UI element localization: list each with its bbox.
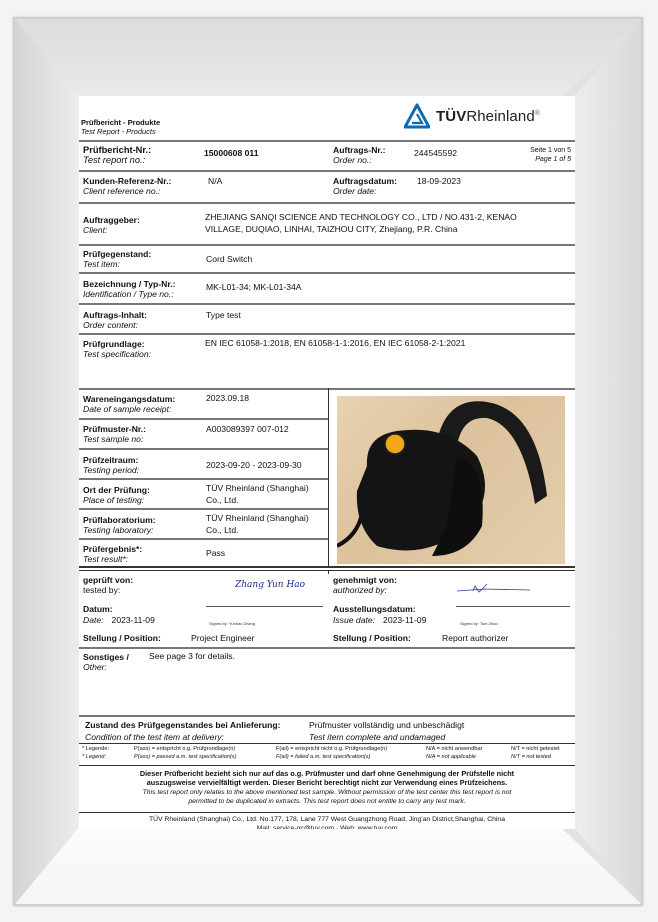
- auth-position-value: Report authorizer: [442, 633, 508, 645]
- authorized-signature-line: [456, 606, 570, 607]
- frame-bevel-right: [575, 19, 641, 904]
- identification-value: MK-L01-34; MK-L01-34A: [206, 282, 302, 294]
- condition-label: Zustand des Prüfgegenstandes bei Anliefe…: [85, 720, 280, 743]
- legend-row: * Legende:* Legend: P(ass) = entspricht …: [79, 743, 575, 765]
- testing-period-row: Prüfzeitraum:Testing period: 2023-09-20 …: [79, 448, 328, 478]
- client-value: ZHEJIANG SANQI SCIENCE AND TECHNOLOGY CO…: [205, 212, 517, 235]
- report-no-value: 15000608 011: [204, 148, 259, 160]
- sig-divider-stub: [328, 570, 329, 574]
- date-label: Datum:: [83, 604, 113, 614]
- test-spec-label: Prüfgrundlage:Test specification:: [83, 339, 151, 359]
- lab-value: TÜV Rheinland (Shanghai)Co., Ltd.: [206, 513, 309, 536]
- test-item-label: Prüfgegenstand:Test item:: [83, 249, 151, 269]
- tested-signed-by: Signed by: Yunhao Zhang: [209, 621, 255, 626]
- test-specification-row: Prüfgrundlage:Test specification: EN IEC…: [79, 333, 575, 388]
- place-value: TÜV Rheinland (Shanghai)Co., Ltd.: [206, 483, 309, 506]
- product-photo: [337, 396, 565, 564]
- test-item-value: Cord Switch: [206, 254, 252, 266]
- tested-signature-line: [206, 606, 323, 607]
- tested-position-label: Stellung / Position:: [83, 633, 161, 645]
- place-of-testing-row: Ort der Prüfung:Place of testing: TÜV Rh…: [79, 478, 328, 508]
- date-value: Date:2023-11-09: [83, 615, 155, 627]
- report-number-row: Prüfbericht-Nr.:Test report no.: 1500060…: [79, 140, 575, 170]
- result-label: Prüfergebnis*:Test result*:: [83, 544, 142, 564]
- order-no-label: Auftrags-Nr.:Order no.:: [333, 145, 386, 165]
- other-row: Sonstiges /Other: See page 3 for details…: [79, 647, 575, 715]
- test-spec-value: EN IEC 61058-1:2018, EN 61058-1-1:2016, …: [205, 338, 465, 350]
- auth-position-label: Stellung / Position:: [333, 633, 411, 645]
- client-label: Auftraggeber:Client:: [83, 215, 140, 235]
- authorized-by-label: genehmigt von:authorized by:: [333, 575, 397, 595]
- testing-period-value: 2023-09-20 - 2023-09-30: [206, 460, 302, 472]
- document-type: Prüfbericht - Produkte Test Report - Pro…: [81, 118, 160, 136]
- condition-value: Prüfmuster vollständig und unbeschädigtT…: [309, 720, 464, 743]
- test-item-row: Prüfgegenstand:Test item: Cord Switch: [79, 244, 575, 272]
- testing-lab-row: Prüflaboratorium:Testing laboratory: TÜV…: [79, 508, 328, 538]
- issue-date-value: Issue date:2023-11-09: [333, 615, 426, 627]
- page-number: Seite 1 von 5Page 1 of 5: [530, 146, 571, 164]
- order-no-value: 244545592: [414, 148, 457, 160]
- client-ref-value: N/A: [208, 176, 222, 188]
- brand-bold: TÜV: [436, 108, 466, 125]
- legend-label: * Legende:* Legend:: [82, 745, 109, 761]
- order-content-value: Type test: [206, 310, 241, 322]
- place-label: Ort der Prüfung:Place of testing:: [83, 485, 150, 505]
- doc-type-en: Test Report - Products: [81, 127, 156, 136]
- registered-mark: ®: [535, 110, 540, 117]
- receipt-value: 2023.09.18: [206, 393, 249, 405]
- tested-by-label: geprüft von:tested by:: [83, 575, 133, 595]
- report-header: Prüfbericht - Produkte Test Report - Pro…: [79, 96, 575, 140]
- sample-divider: [328, 388, 329, 568]
- frame-bevel-bottom: [15, 829, 641, 904]
- test-result-row: Prüfergebnis*:Test result*: Pass: [79, 538, 328, 568]
- receipt-label: Wareneingangsdatum:Date of sample receip…: [83, 394, 175, 414]
- client-reference-row: Kunden-Referenz-Nr.:Client reference no.…: [79, 170, 575, 202]
- footer-address: TÜV Rheinland (Shanghai) Co., Ltd. No.17…: [79, 815, 575, 829]
- authorized-signed-by: Signed by: Tom Zhao: [460, 621, 498, 626]
- frame-bevel-left: [15, 19, 79, 904]
- order-content-label: Auftrags-Inhalt:Order content:: [83, 310, 147, 330]
- receipt-row: Wareneingangsdatum:Date of sample receip…: [79, 388, 328, 418]
- brand-name: TÜVRheinland®: [436, 108, 540, 125]
- legend-na: N/A = nicht anwendbarN/A = not applicabl…: [426, 745, 482, 761]
- tested-position-value: Project Engineer: [191, 633, 255, 645]
- testing-period-label: Prüfzeitraum:Testing period:: [83, 455, 139, 475]
- lab-label: Prüflaboratorium:Testing laboratory:: [83, 515, 156, 535]
- client-row: Auftraggeber:Client: ZHEJIANG SANQI SCIE…: [79, 202, 575, 244]
- result-value: Pass: [206, 548, 225, 560]
- legend-fail: F(ail) = entspricht nicht o.g. Prüfgrund…: [276, 745, 387, 761]
- tuv-triangle-icon: [404, 103, 430, 129]
- sample-no-row: Prüfmuster-Nr.:Test sample no: A00308939…: [79, 418, 328, 448]
- doc-type-de: Prüfbericht - Produkte: [81, 118, 160, 127]
- issue-date-label: Ausstellungsdatum:: [333, 604, 416, 614]
- picture-frame: Prüfbericht - Produkte Test Report - Pro…: [0, 0, 658, 922]
- client-ref-label: Kunden-Referenz-Nr.:Client reference no.…: [83, 176, 171, 196]
- cord-switch-image: [337, 396, 565, 564]
- order-date-label: Auftragsdatum:Order date:: [333, 176, 397, 196]
- identification-label: Bezeichnung / Typ-Nr.:Identification / T…: [83, 279, 175, 299]
- order-date-value: 18-09-2023: [417, 176, 461, 188]
- test-report-page: Prüfbericht - Produkte Test Report - Pro…: [79, 96, 575, 829]
- tested-by-signature: Zhang Yun Hao: [235, 580, 305, 592]
- sample-no-value: A003089397 007-012: [206, 424, 289, 436]
- tuv-logo: TÜVRheinland®: [404, 103, 540, 129]
- legend-pass: P(ass) = entspricht o.g. Prüfgrundlage(n…: [134, 745, 236, 761]
- disclaimer-text: Dieser Prüfbericht bezieht sich nur auf …: [79, 769, 575, 806]
- order-content-row: Auftrags-Inhalt:Order content: Type test: [79, 303, 575, 333]
- identification-row: Bezeichnung / Typ-Nr.:Identification / T…: [79, 272, 575, 303]
- brand-regular: Rheinland: [466, 108, 534, 125]
- condition-row: Zustand des Prüfgegenstandes bei Anliefe…: [79, 715, 575, 743]
- sample-no-label: Prüfmuster-Nr.:Test sample no:: [83, 424, 146, 444]
- frame-bevel-top: [15, 19, 641, 96]
- authorized-signature: [455, 580, 535, 596]
- other-label: Sonstiges /Other:: [83, 652, 129, 672]
- report-no-label: Prüfbericht-Nr.:Test report no.:: [83, 145, 151, 165]
- legend-nt: N/T = nicht getestetN/T = not tested: [511, 745, 560, 761]
- other-value: See page 3 for details.: [149, 651, 235, 663]
